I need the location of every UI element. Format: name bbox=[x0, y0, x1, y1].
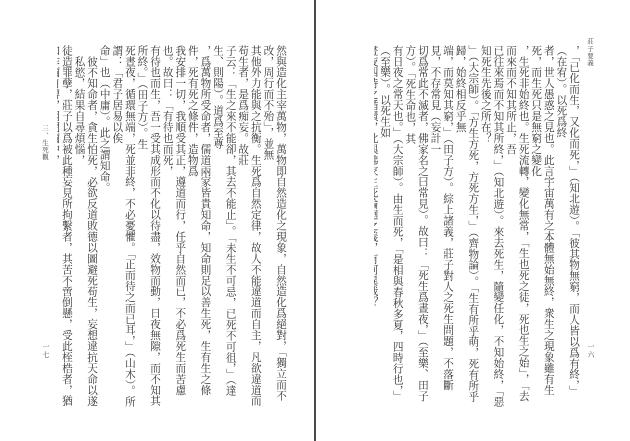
text-column: 其他外力能與之抗衡。生死爲自然定律，故人不能違道而自主，凡欲違道而苟生者，是爲痴… bbox=[237, 45, 262, 411]
page-number: 一七 bbox=[41, 343, 51, 359]
text-column: 有日夜之常天也。」（大宗師）。由生而死，「是相與春秋多夏，四時行也，」（至樂）。… bbox=[379, 45, 404, 411]
text-column: 已往來焉而不知其所終，」（知北遊）。來去死生，隨變任化，不知始終，「惡知死生先後… bbox=[479, 45, 504, 411]
text-column: 者，世人愚惑之見也。此言宇宙萬有之本體無始無終，衆生之現象雖有生死，而生死只是無… bbox=[530, 45, 555, 411]
text-column: 子云：「生之來不能卻，其去不能止」。「未生不可忌，已死不可徂，」（達生、則陽）。… bbox=[211, 45, 236, 411]
right-page-text: ，「已化而生，又化而死，」（知北遊）。「彼其物無窮，而人皆以爲有終，」（在宥）。… bbox=[374, 45, 580, 411]
right-page: 莊子要義 ，「已化而生，又化而死，」（知北遊）。「彼其物無窮，而人皆以爲有終，」… bbox=[316, 0, 630, 441]
running-foot: 三、生死觀 bbox=[41, 125, 50, 161]
text-column: 切爲常此不滅者，佛家名之曰常見）。故曰：「死生爲晝夜，」（至樂、田子方）。「死生… bbox=[404, 45, 429, 411]
page-number: 一六 bbox=[586, 343, 596, 359]
left-page-text: 然與造化主宰萬物，萬物即自然造化之現象，自然造化爲絕對，「獨立而不改，周行而不殆… bbox=[57, 45, 287, 411]
left-page: 三、生死觀 然與造化主宰萬物，萬物即自然造化之現象，自然造化爲絕對，「獨立而不改… bbox=[0, 0, 314, 441]
text-column: 有待也而生，吾一受其成形而不化以待盡，效物而動，日夜無隙，而不知其所終。」（田子… bbox=[136, 45, 161, 411]
text-column: 」（大宗師）。「方生方死，方死方生，」（齊物論）。「生有所乎萌，死有所乎歸，始終… bbox=[454, 45, 479, 411]
paragraph-start: 彼不知命者，貪生怕死，必欲反道敗德以圖避死苟生，妄想違抗天命以遂私慾，結果自尋煩… bbox=[73, 45, 98, 411]
text-column: 然與造化主宰萬物，萬物即自然造化之現象，自然造化爲絕對，「獨立而不改，周行而不殆… bbox=[262, 45, 287, 411]
running-head: 莊子要義 bbox=[586, 38, 595, 66]
text-column: 端，而莫知其窮，」（田子方）。綜上諸義，莊子對人之死生問題，不落斷見，不存常見（… bbox=[429, 45, 454, 411]
text-column: ，爲萬物所受命者，儒道兩家皆貴知命，知命則足以善生死，生有生之條件，死有死之條件… bbox=[186, 45, 211, 411]
text-column: 晝夜四時之循環，此與佛家生死輪迴之義，有何異哉？ bbox=[374, 45, 379, 411]
text-column: 死晝夜，循環無端，死並非終，不必憂懼。「正而待之而已耳，」（山木）。所謂：「君子… bbox=[111, 45, 136, 411]
text-column: ，生死非始終也。生死流轉，變化無常，「生也死之徒，死也生之始」，「去而來而不知其… bbox=[504, 45, 529, 411]
text-column: 我安排一切，我順受其正，遵道而行，任乎自然而已，不必爲死生而苦慮也。故曰：「有待… bbox=[161, 45, 186, 411]
text-column: 命」也（中庸）。此之謂知命。 bbox=[98, 45, 111, 411]
text-column: 徒造罪孽，莊子以爲被此種妄見所拘繫者，其苦不啻倒懸，受此桎梏者，猶如作繭自縛，困… bbox=[57, 45, 73, 411]
text-column: ，「已化而生，又化而死，」（知北遊）。「彼其物無窮，而人皆以爲有終，」（在宥）。… bbox=[555, 45, 580, 411]
